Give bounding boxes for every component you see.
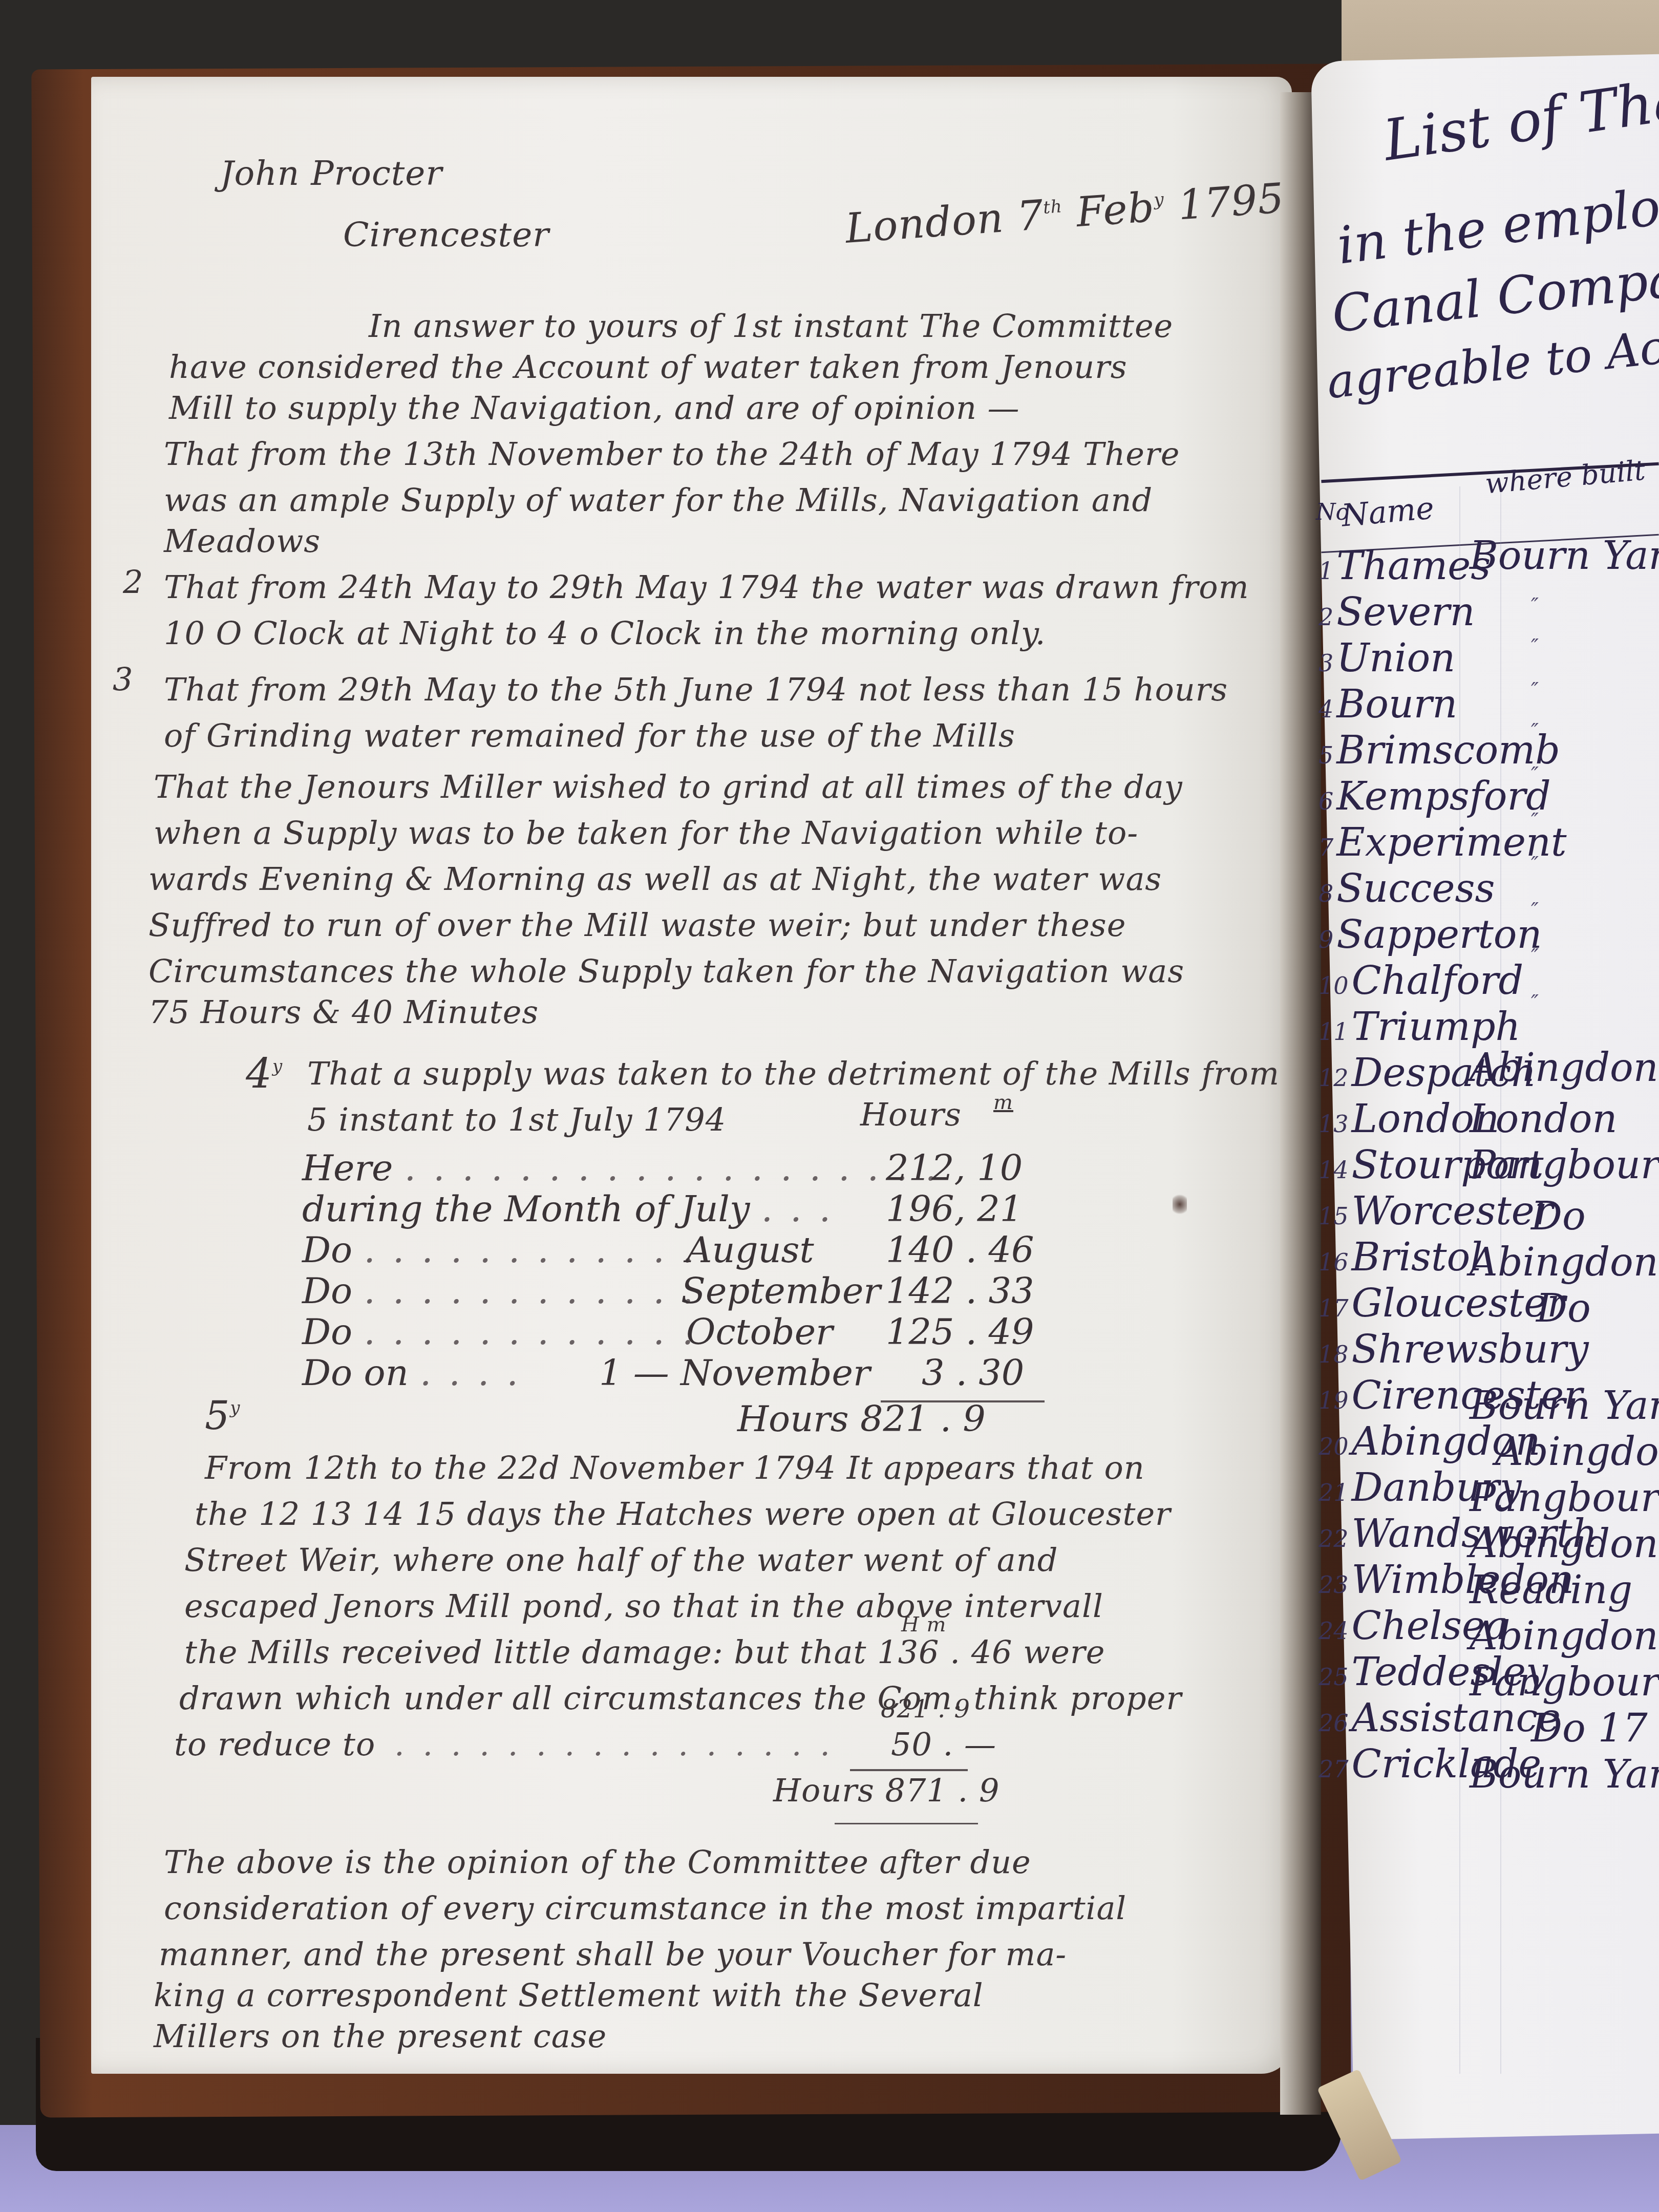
table-hours: 196, 21 [886, 1188, 1023, 1230]
letter-line: have considered the Account of water tak… [169, 348, 1128, 386]
list-item: 11Triumph [1318, 1004, 1521, 1049]
ditto-mark: ″ [1531, 719, 1539, 743]
where-built: Abingdon [1470, 1239, 1658, 1285]
list-item: 10Chalford [1318, 958, 1523, 1003]
table-row: Do on . . . . [302, 1352, 521, 1394]
list-item: 8Success [1318, 865, 1495, 911]
table-month: September [681, 1270, 881, 1312]
where-built: Do 17 [1531, 1705, 1648, 1751]
table-hours: 142 . 33 [886, 1270, 1034, 1312]
letter-line: Circumstances the whole Supply taken for… [148, 952, 1184, 990]
reduce-value: 50 . — [891, 1726, 996, 1763]
ink-blot [1173, 1193, 1187, 1216]
letter-line: was an ample Supply of water for the Mil… [164, 481, 1153, 519]
table-month: August [686, 1229, 814, 1271]
list-item: 6Kempsford [1318, 773, 1551, 819]
dateline-month: Feb [1075, 183, 1156, 236]
letter-line: to reduce to [174, 1726, 375, 1763]
ditto-mark: ″ [1531, 899, 1539, 922]
letter-line: The above is the opinion of the Committe… [164, 1843, 1031, 1881]
letter-line: That a supply was taken to the detriment… [307, 1055, 1280, 1092]
letter-line: Millers on the present case [154, 2017, 607, 2055]
ditto-mark: ″ [1531, 945, 1539, 968]
dateline-day-suffix: th [1043, 196, 1063, 218]
point-marker: 4y [246, 1050, 283, 1097]
ditto-mark: ″ [1531, 635, 1539, 658]
letter-line: the 12 13 14 15 days the Hatches were op… [195, 1495, 1171, 1533]
period-line: 5 instant to 1st July 1794 [307, 1101, 726, 1138]
list-item: 4Bourn [1318, 681, 1457, 727]
letter-line: 10 O Clock at Night to 4 o Clock in the … [164, 614, 1046, 652]
letter-line: Street Weir, where one half of the water… [184, 1541, 1058, 1579]
letter-line: That from 29th May to the 5th June 1794 … [164, 671, 1228, 708]
where-built: Bourn Yard [1470, 1751, 1659, 1797]
list-item: 9Sapperton [1318, 911, 1542, 957]
letter-line: 75 Hours & 40 Minutes [148, 993, 539, 1031]
table-month: 1 — November [599, 1352, 870, 1394]
ditto-mark: ″ [1531, 853, 1539, 876]
list-item: 26Assistance [1318, 1695, 1561, 1740]
letter-line: the Mills received little damage: but th… [184, 1633, 1105, 1671]
list-item: 17Gloucester [1318, 1280, 1566, 1326]
final-total: Hours 871 . 9 [773, 1772, 999, 1809]
addressee-name: John Procter [220, 154, 442, 193]
list-item: 18Shrewsbury [1318, 1326, 1589, 1372]
ditto-mark: ″ [1531, 678, 1539, 702]
carry-value: 821 . 9 [881, 1695, 970, 1724]
table-row: during the Month of July . . . [302, 1188, 834, 1230]
letter-line: consideration of every circumstance in t… [164, 1889, 1126, 1927]
letter-line: That the Jenours Miller wished to grind … [154, 768, 1183, 805]
letter-line: king a correspondent Settlement with the… [154, 1976, 984, 2014]
ditto-mark: ″ [1531, 991, 1539, 1014]
where-built: Do [1531, 1193, 1586, 1239]
dotted-leader: . . . . . . . . . . . . . . . . [394, 1726, 834, 1763]
book-gutter [1280, 92, 1321, 2115]
units-label: Hours [860, 1096, 962, 1133]
letter-line: From 12th to the 22d November 1794 It ap… [205, 1449, 1145, 1486]
table-hours: 3 . 30 [922, 1352, 1024, 1394]
point-marker: 5y [205, 1393, 241, 1438]
letter-line: That from the 13th November to the 24th … [164, 435, 1180, 473]
letter-line: Suffred to run of over the Mill waste we… [148, 906, 1126, 944]
list-item: 1Thames [1318, 543, 1491, 588]
where-built: London [1470, 1096, 1618, 1141]
dateline-year: 1795 [1177, 174, 1286, 229]
letter-line: In answer to yours of 1st instant The Co… [369, 307, 1173, 345]
letter-line: That from 24th May to 29th May 1794 the … [164, 568, 1249, 606]
sum-rule [835, 1823, 978, 1824]
letter-line: Meadows [164, 522, 321, 560]
units-minutes: m [993, 1091, 1013, 1114]
table-month: October [686, 1311, 833, 1353]
table-row: Do . . . . . . . . . . . . [302, 1270, 696, 1312]
letter-line: of Grinding water remained for the use o… [164, 717, 1015, 754]
list-item: 15Worcester [1318, 1188, 1553, 1233]
table-hours: 140 . 46 [886, 1229, 1034, 1271]
letter-line: drawn which under all circumstances the … [179, 1679, 1182, 1717]
list-item: 2Severn [1318, 589, 1475, 634]
where-built: Do [1536, 1285, 1591, 1331]
sum-rule [850, 1769, 968, 1771]
dateline-day: 7 [1015, 191, 1045, 240]
letter-line: manner, and the present shall be your Vo… [159, 1936, 1067, 1973]
point-marker: 2 [123, 563, 143, 601]
ditto-mark: ″ [1531, 763, 1539, 786]
ditto-mark: ″ [1531, 594, 1539, 618]
table-hours: 212, 10 [886, 1147, 1023, 1189]
list-item: 5Brimscomb [1318, 727, 1560, 773]
point-marker: 3 [113, 661, 133, 698]
list-item: 16Bristol [1318, 1234, 1483, 1280]
hours-total: Hours 821 . 9 [737, 1398, 986, 1440]
where-built: Bourn Yard [1470, 533, 1659, 578]
where-built: Abingdon [1470, 1045, 1658, 1090]
letter-line: when a Supply was to be taken for the Na… [154, 814, 1138, 852]
letter-line: Mill to supply the Navigation, and are o… [169, 389, 1020, 427]
addressee-place: Cirencester [343, 215, 549, 254]
table-row: Here . . . . . . . . . . . . . . . . . .… [302, 1147, 940, 1189]
list-item: 7Experiment [1318, 819, 1566, 865]
where-built: Pangbourn [1470, 1142, 1659, 1187]
dateline-month-suffix: y [1153, 189, 1165, 210]
letter-line: escaped Jenors Mill pond, so that in the… [184, 1587, 1103, 1625]
table-hours: 125 . 49 [886, 1311, 1034, 1353]
table-row: Do . . . . . . . . . . . . [302, 1311, 696, 1353]
table-row: Do . . . . . . . . . . . . [302, 1229, 696, 1271]
ditto-mark: ″ [1531, 809, 1539, 833]
list-item: 3Union [1318, 635, 1455, 680]
letter-line: wards Evening & Morning as well as at Ni… [148, 860, 1162, 898]
